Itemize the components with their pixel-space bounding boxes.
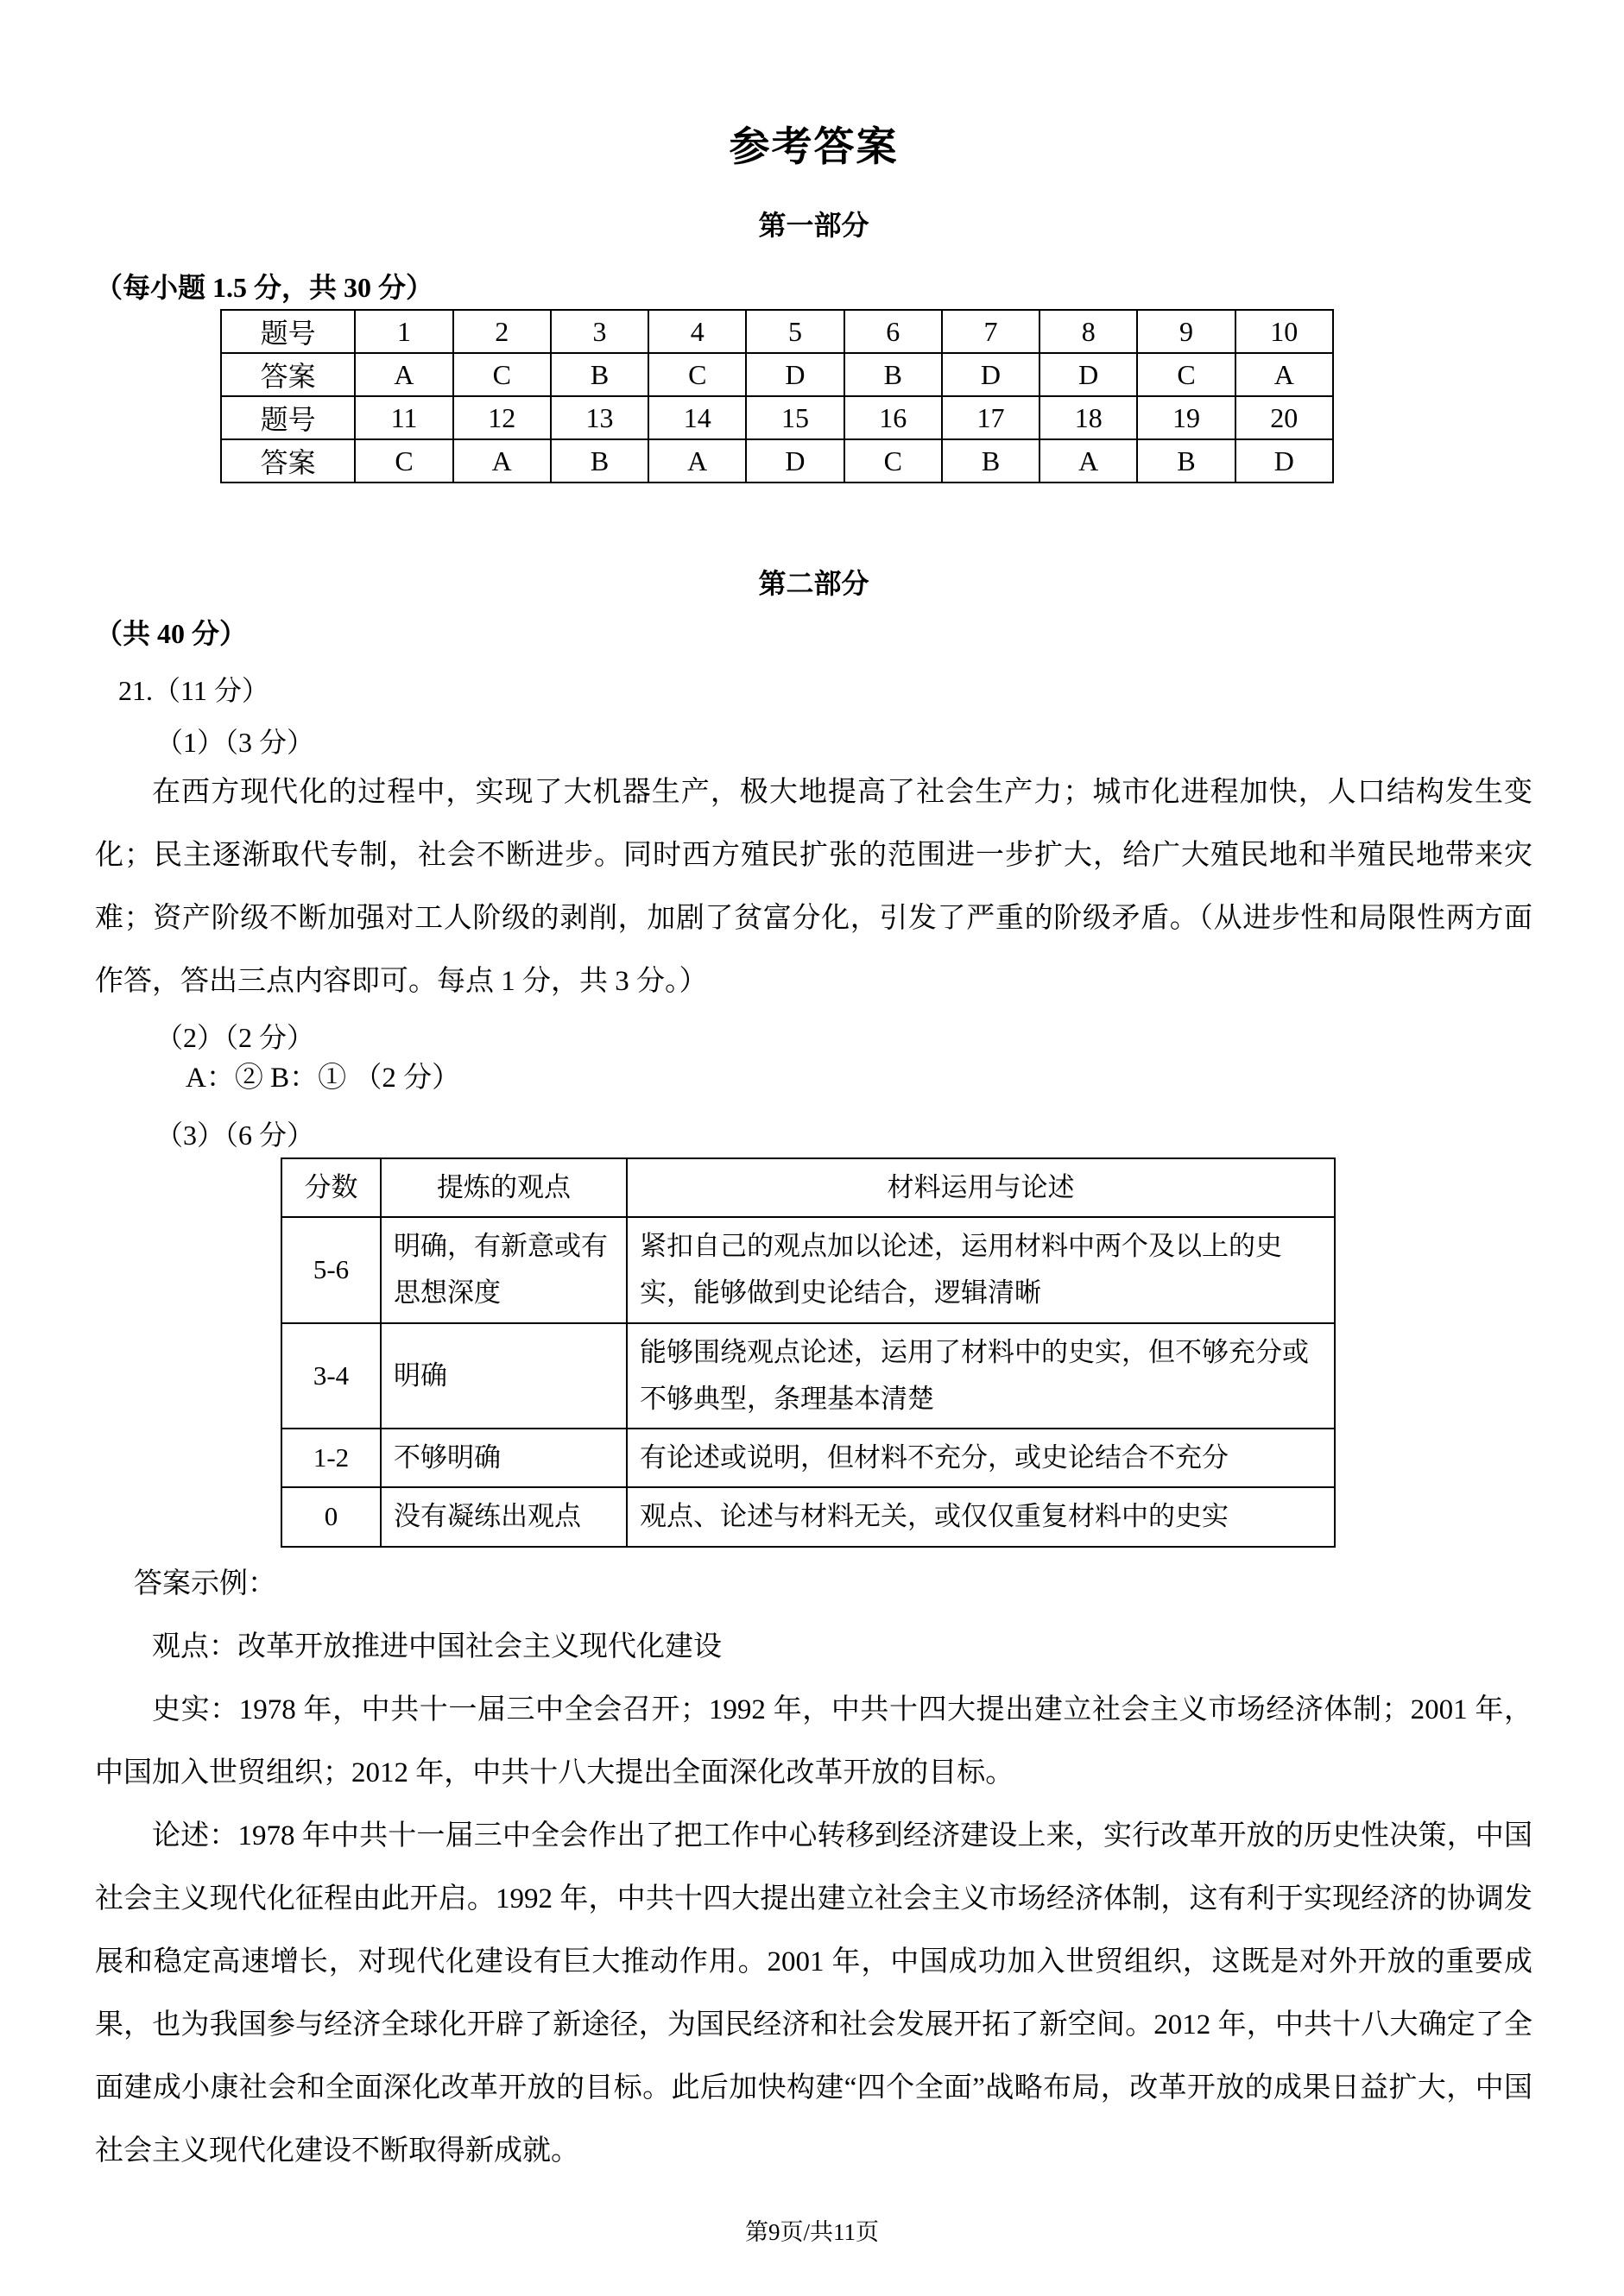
answer-cell: C [453,353,551,396]
subquestion-2-label: （2）（2 分） [155,1024,1532,1051]
example-facts: 史实：1978 年，中共十一届三中全会召开；1992 年，中共十四大提出建立社会… [95,1679,1532,1805]
answer-cell: D [1235,439,1333,483]
answer-cell: C [844,439,942,483]
answer-cell: A [453,439,551,483]
answer-cell: B [942,439,1039,483]
question-number-cell: 6 [844,310,942,353]
question-number-cell: 7 [942,310,1039,353]
answer-cell: D [1039,353,1137,396]
example-discussion: 论述：1978 年中共十一届三中全会作出了把工作中心转移到经济建设上来，实行改革… [95,1805,1532,2183]
rubric-score: 1-2 [281,1429,381,1487]
rubric-viewpoint: 不够明确 [381,1429,627,1487]
answer-key-page: 参考答案 第一部分 （每小题 1.5 分，共 30 分） 题号 1 2 3 4 … [0,0,1624,2296]
answer-cell: A [1039,439,1137,483]
answer-cell: C [355,439,452,483]
answer-cell: D [746,439,844,483]
question-number-cell: 1 [355,310,452,353]
rubric-row: 5-6 明确，有新意或有思想深度 紧扣自己的观点加以论述，运用材料中两个及以上的… [281,1217,1335,1323]
rubric-description: 观点、论述与材料无关，或仅仅重复材料中的史实 [627,1487,1335,1546]
question-number-cell: 14 [648,396,746,439]
answer-cell: B [551,353,648,396]
rubric-header-description: 材料运用与论述 [627,1158,1335,1217]
example-viewpoint: 观点：改革开放推进中国社会主义现代化建设 [95,1616,1532,1679]
answer-example-label: 答案示例： [95,1553,1532,1616]
question-21-label: 21.（11 分） [118,677,1532,704]
question-number-cell: 8 [1039,310,1137,353]
table-row: 答案 C A B A D C B A B D [221,439,1333,483]
part2-score-note: （共 40 分） [95,620,1532,647]
question-number-cell: 12 [453,396,551,439]
rubric-row: 0 没有凝练出观点 观点、论述与材料无关，或仅仅重复材料中的史实 [281,1487,1335,1546]
rubric-header-score: 分数 [281,1158,381,1217]
answer-cell: C [648,353,746,396]
rubric-description: 能够围绕观点论述，运用了材料中的史实，但不够充分或不够典型，条理基本清楚 [627,1323,1335,1429]
answer-cell: A [1235,353,1333,396]
rubric-viewpoint: 明确，有新意或有思想深度 [381,1217,627,1323]
question-number-cell: 19 [1137,396,1235,439]
rubric-header-viewpoint: 提炼的观点 [381,1158,627,1217]
question-number-cell: 11 [355,396,452,439]
rubric-score: 3-4 [281,1323,381,1429]
part1-heading: 第一部分 [95,211,1532,239]
question-number-cell: 10 [1235,310,1333,353]
table-row: 题号 1 2 3 4 5 6 7 8 9 10 [221,310,1333,353]
part2-heading: 第二部分 [95,570,1532,597]
answer-cell: D [942,353,1039,396]
rubric-description: 紧扣自己的观点加以论述，运用材料中两个及以上的史实，能够做到史论结合，逻辑清晰 [627,1217,1335,1323]
row-header: 题号 [221,310,355,353]
answer-cell: B [844,353,942,396]
question-number-cell: 16 [844,396,942,439]
rubric-header-row: 分数 提炼的观点 材料运用与论述 [281,1158,1335,1217]
question-number-cell: 5 [746,310,844,353]
question-number-cell: 18 [1039,396,1137,439]
rubric-row: 1-2 不够明确 有论述或说明，但材料不充分，或史论结合不充分 [281,1429,1335,1487]
question-number-cell: 9 [1137,310,1235,353]
answer-cell: D [746,353,844,396]
table-row: 答案 A C B C D B D D C A [221,353,1333,396]
rubric-viewpoint: 没有凝练出观点 [381,1487,627,1546]
rubric-score: 5-6 [281,1217,381,1323]
answer-cell: A [648,439,746,483]
row-header: 答案 [221,439,355,483]
question-number-cell: 2 [453,310,551,353]
subquestion-2-answer: A：② B：① （2 分） [186,1060,1532,1097]
question-number-cell: 15 [746,396,844,439]
question-number-cell: 17 [942,396,1039,439]
question-number-cell: 13 [551,396,648,439]
answer-cell: C [1137,353,1235,396]
rubric-score: 0 [281,1487,381,1546]
answer-table: 题号 1 2 3 4 5 6 7 8 9 10 答案 A C B C D B D [220,309,1334,483]
answer-cell: A [355,353,452,396]
subquestion-3-label: （3）（6 分） [155,1121,1532,1149]
row-header: 题号 [221,396,355,439]
answer-cell: B [551,439,648,483]
subquestion-1-answer: 在西方现代化的过程中，实现了大机器生产，极大地提高了社会生产力；城市化进程加快，… [95,761,1532,1013]
part1-score-note: （每小题 1.5 分，共 30 分） [95,274,1532,301]
rubric-description: 有论述或说明，但材料不充分，或史论结合不充分 [627,1429,1335,1487]
row-header: 答案 [221,353,355,396]
rubric-viewpoint: 明确 [381,1323,627,1429]
answer-cell: B [1137,439,1235,483]
question-number-cell: 20 [1235,396,1333,439]
subquestion-1-label: （1）（3 分） [155,729,1532,756]
page-title: 参考答案 [95,128,1532,168]
rubric-row: 3-4 明确 能够围绕观点论述，运用了材料中的史实，但不够充分或不够典型，条理基… [281,1323,1335,1429]
question-number-cell: 4 [648,310,746,353]
table-row: 题号 11 12 13 14 15 16 17 18 19 20 [221,396,1333,439]
question-number-cell: 3 [551,310,648,353]
scoring-rubric-table: 分数 提炼的观点 材料运用与论述 5-6 明确，有新意或有思想深度 紧扣自己的观… [281,1157,1336,1548]
page-number: 第9页/共11页 [0,2221,1624,2244]
